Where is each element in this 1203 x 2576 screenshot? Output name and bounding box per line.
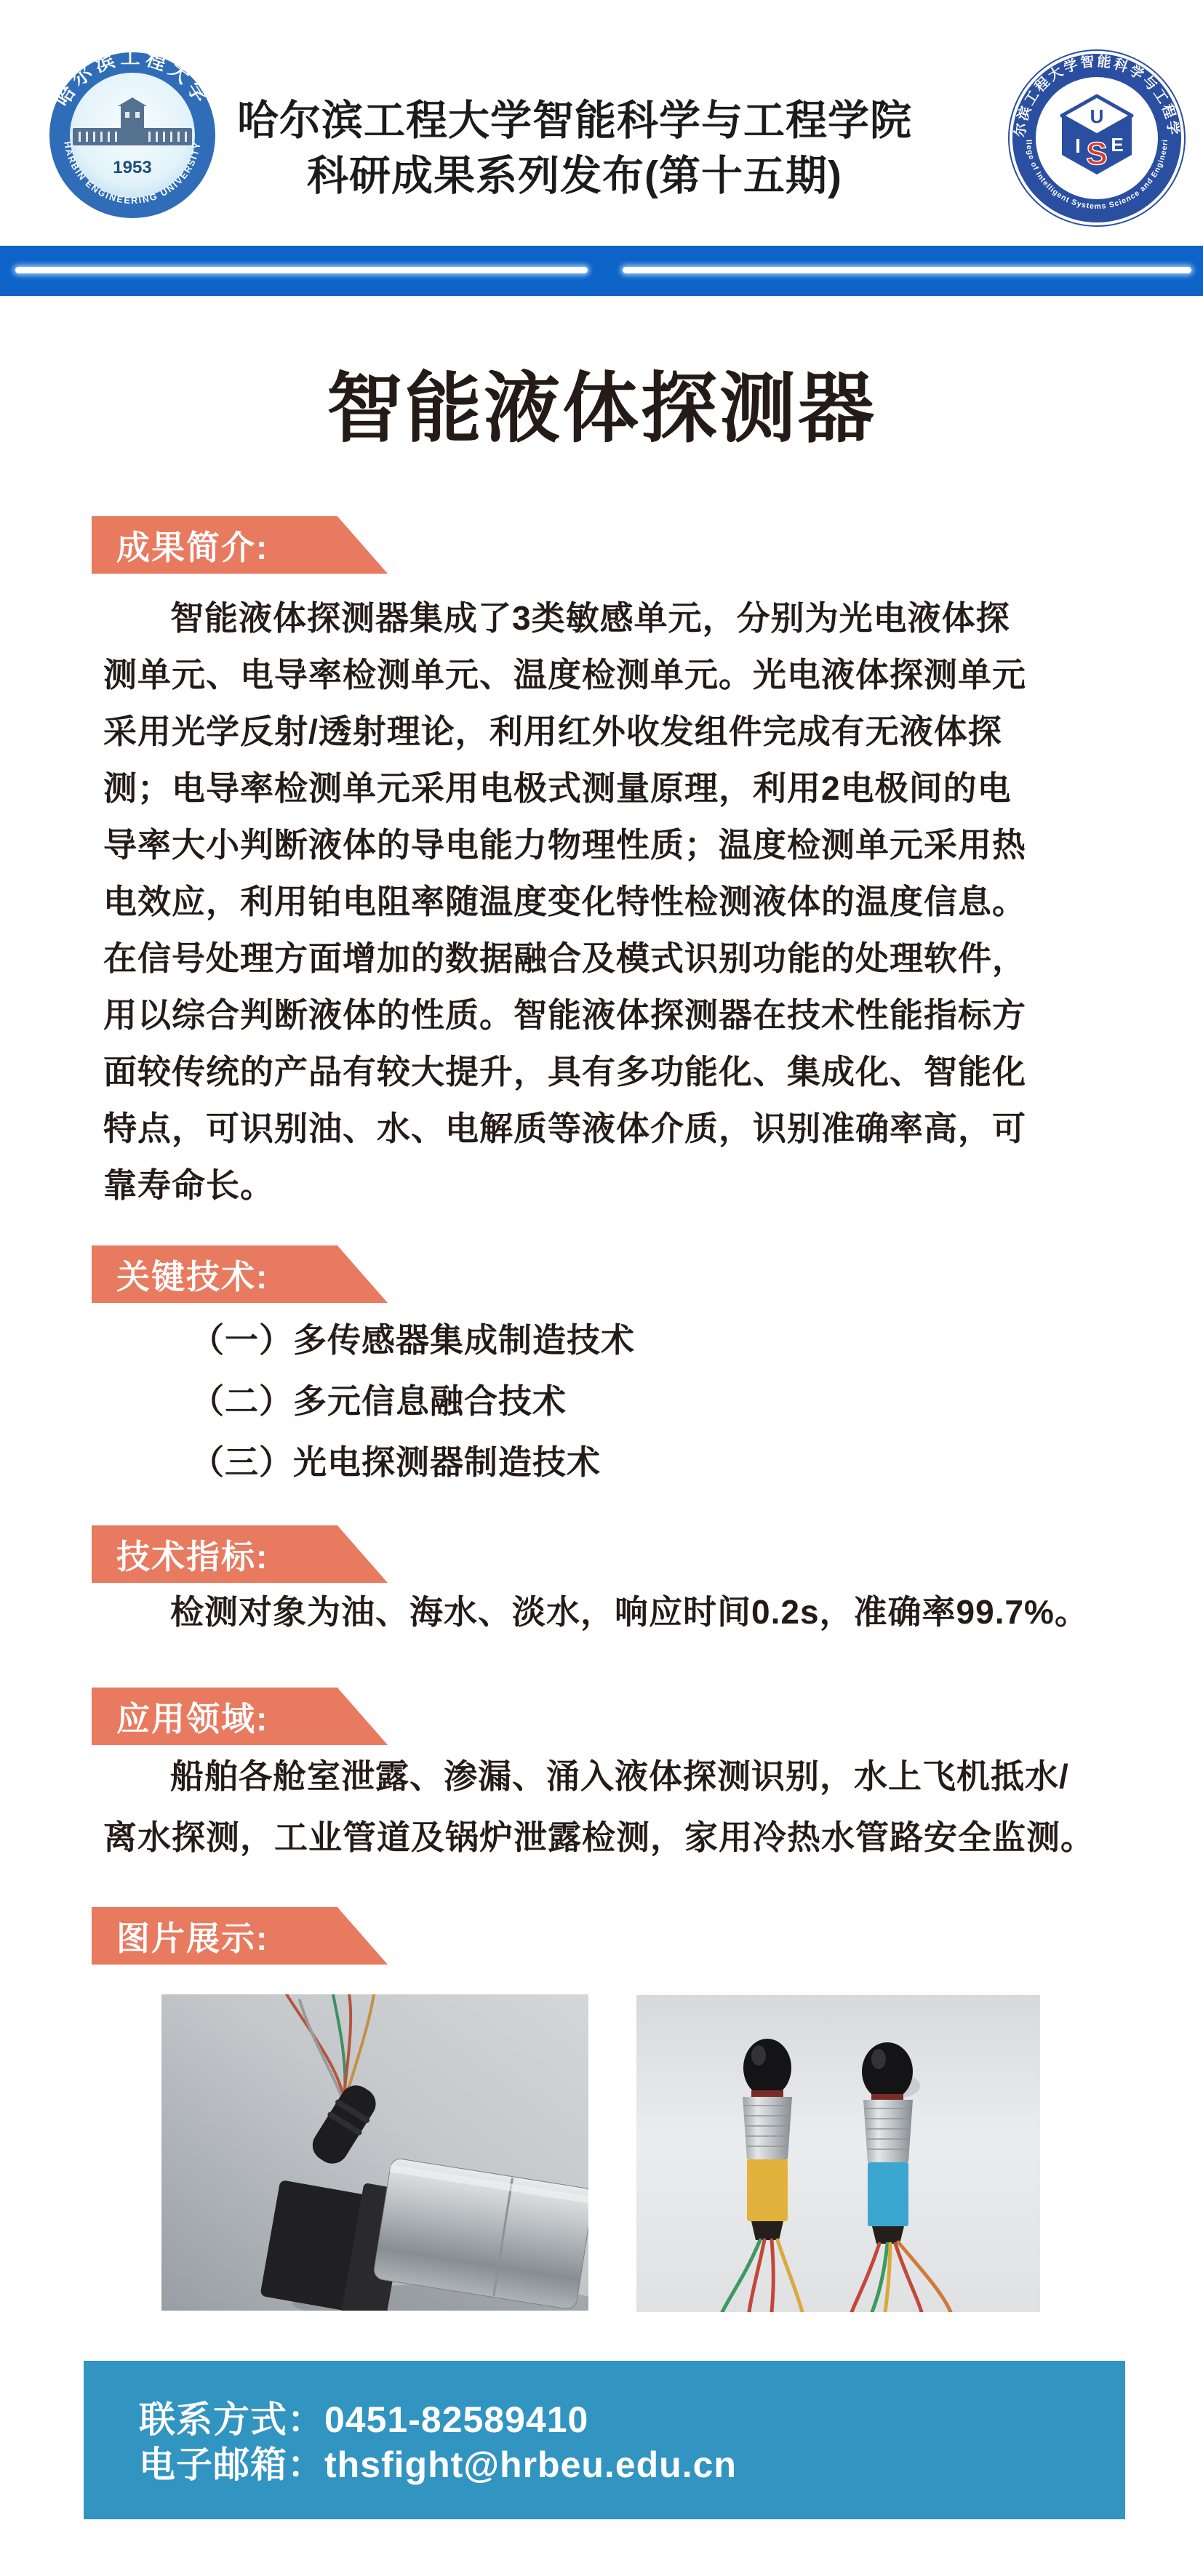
section-banner-applications: 应用领域: — [92, 1688, 388, 1745]
intro-line: 在信号处理方面增加的数据融合及模式识别功能的处理软件， — [103, 930, 1107, 987]
email-address: thsfight@hrbeu.edu.cn — [324, 2444, 737, 2485]
product-photo-sensor-assembly — [161, 1994, 588, 2311]
cube-letter-u: U — [1090, 105, 1104, 127]
applications-line: 离水探测，工业管道及锅炉泄露检测，家用冷热水管路安全监测。 — [103, 1807, 1107, 1868]
intro-line: 用以综合判断液体的性质。智能液体探测器在技术性能指标方 — [103, 987, 1107, 1043]
isse-college-logo-icon: 哈尔滨工程大学智能科学与工程学院 College of Intelligent … — [1008, 49, 1186, 227]
intro-paragraph: 智能液体探测器集成了3类敏感单元，分别为光电液体探 测单元、电导率检测单元、温度… — [103, 590, 1107, 1213]
intro-line: 导率大小判断液体的导电能力物理性质；温度检测单元采用热 — [103, 816, 1107, 873]
header-separator-band — [0, 246, 1203, 296]
page-title: 智能液体探测器 — [0, 348, 1203, 457]
contact-footer: 联系方式：0451-82589410 电子邮箱：thsfight@hrbeu.e… — [84, 2361, 1125, 2519]
product-photo-probe-pair — [636, 1995, 1040, 2312]
key-tech-item: （一）多传感器集成制造技术 — [191, 1309, 1194, 1371]
contact-phone: 0451-82589410 — [324, 2399, 588, 2440]
intro-line: 采用光学反射/透射理论，利用红外收发组件完成有无液体探 — [103, 703, 1107, 760]
section-banner-intro: 成果简介: — [92, 516, 388, 574]
section-banner-key-tech: 关键技术: — [92, 1245, 388, 1303]
cube-letter-e: E — [1111, 134, 1123, 156]
section-banner-gallery: 图片展示: — [92, 1907, 388, 1965]
contact-email-line: 电子邮箱：thsfight@hrbeu.edu.cn — [139, 2442, 1125, 2487]
heu-year: 1953 — [113, 158, 151, 177]
key-tech-list: （一）多传感器集成制造技术 （二）多元信息融合技术 （三）光电探测器制造技术 — [191, 1309, 1194, 1493]
applications-line: 船舶各舱室泄露、渗漏、涌入液体探测识别，水上飞机抵水/ — [103, 1746, 1107, 1807]
email-label: 电子邮箱： — [139, 2444, 324, 2485]
indicators-text: 检测对象为油、海水、淡水，响应时间0.2s，准确率99.7%。 — [103, 1590, 1107, 1634]
intro-line: 靠寿命长。 — [103, 1157, 1107, 1213]
intro-line: 测；电导率检测单元采用电极式测量原理，利用2电极间的电 — [103, 760, 1107, 816]
cube-letter-s: S — [1086, 136, 1107, 172]
header-title-line1: 哈尔滨工程大学智能科学与工程学院 — [182, 93, 967, 148]
contact-phone-line: 联系方式：0451-82589410 — [139, 2397, 1125, 2442]
intro-line: 电效应，利用铂电阻率随温度变化特性检测液体的温度信息。 — [103, 873, 1107, 930]
intro-line: 面较传统的产品有较大提升，具有多功能化、集成化、智能化 — [103, 1043, 1107, 1100]
header-title: 哈尔滨工程大学智能科学与工程学院 科研成果系列发布(第十五期) — [182, 93, 967, 204]
section-banner-indicators: 技术指标: — [92, 1525, 388, 1583]
key-tech-item: （三）光电探测器制造技术 — [191, 1432, 1194, 1493]
key-tech-item: （二）多元信息融合技术 — [191, 1371, 1194, 1432]
cube-letter-i: I — [1075, 135, 1081, 157]
intro-line: 测单元、电导率检测单元、温度检测单元。光电液体探测单元 — [103, 646, 1107, 703]
poster-page: 1953 哈尔滨工程大学 HARBIN ENGINEERING UNIVERSI… — [0, 0, 1203, 2576]
contact-label: 联系方式： — [139, 2399, 324, 2440]
applications-paragraph: 船舶各舱室泄露、渗漏、涌入液体探测识别，水上飞机抵水/ 离水探测，工业管道及锅炉… — [103, 1746, 1107, 1868]
intro-line: 智能液体探测器集成了3类敏感单元，分别为光电液体探 — [103, 590, 1107, 646]
separator-line-left — [15, 267, 588, 273]
intro-line: 特点，可识别油、水、电解质等液体介质，识别准确率高，可 — [103, 1100, 1107, 1157]
separator-line-right — [623, 267, 1191, 273]
indicators-line: 检测对象为油、海水、淡水，响应时间0.2s，准确率99.7%。 — [103, 1590, 1107, 1634]
header-title-line2: 科研成果系列发布(第十五期) — [182, 148, 967, 204]
